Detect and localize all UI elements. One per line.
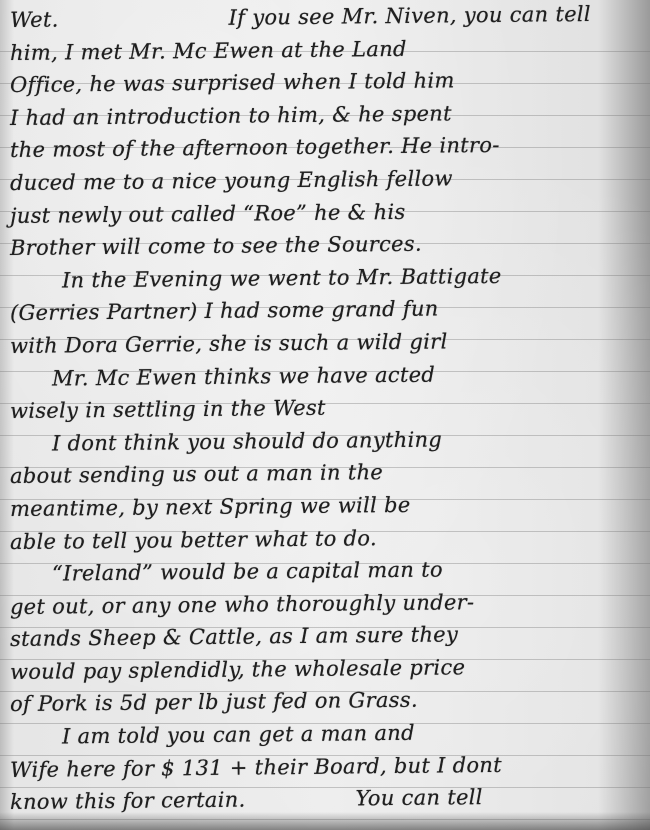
handwritten-text-block: Wet.If you see Mr. Niven, you can tell h…: [10, 0, 644, 819]
line-lead: know this for certain.: [10, 788, 246, 814]
line-text: If you see Mr. Niven, you can tell: [228, 2, 591, 30]
letter-page: Wet.If you see Mr. Niven, you can tell h…: [0, 0, 650, 830]
text-line-25: know this for certain.You can tell: [10, 780, 644, 819]
line-lead: Wet.: [10, 7, 59, 32]
line-text: You can tell: [355, 785, 483, 810]
